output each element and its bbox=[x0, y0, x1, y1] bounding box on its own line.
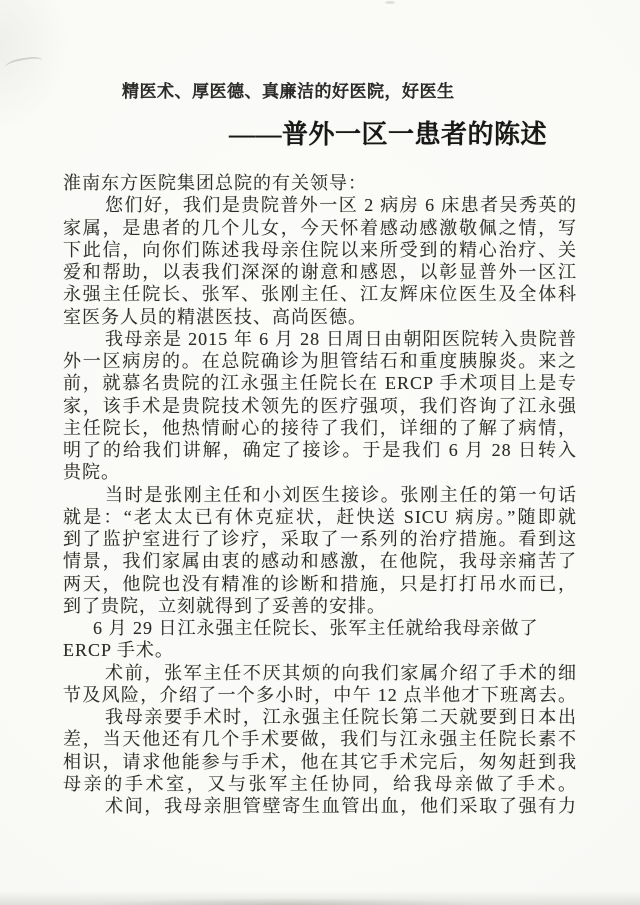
text-line: 两天，他院也没有精准的诊断和措施，只是打打吊水而已， bbox=[63, 573, 577, 595]
text-line: 差，当天他还有几个手术要做，我们与江永强主任院长素不 bbox=[63, 728, 577, 750]
text-line: 淮南东方医院集团总院的有关领导： bbox=[63, 172, 577, 194]
text-line: 家属，是患者的几个儿女，今天怀着感动感激敬佩之情，写 bbox=[63, 217, 577, 239]
text-line: 术前，张军主任不厌其烦的向我们家属介绍了手术的细 bbox=[63, 662, 577, 684]
scan-shade-corner bbox=[0, 0, 120, 150]
text-line: 相识，请求他能参与手术，他在其它手术完后，匆匆赶到我 bbox=[63, 751, 577, 773]
text-line: 爱和帮助，以表我们深深的谢意和感恩，以彰显普外一区江 bbox=[63, 261, 577, 283]
letter-slogan: 精医术、厚医德、真廉洁的好医院，好医生 bbox=[122, 77, 455, 102]
scan-smudge-bottom bbox=[0, 891, 640, 905]
text-line: 6 月 29 日江永强主任院长、张军主任就给我母亲做了 bbox=[63, 617, 577, 639]
scan-speck bbox=[385, 1, 395, 4]
text-line: 到了贵院，立刻就得到了妥善的安排。 bbox=[63, 595, 577, 617]
text-line: 外一区病房的。在总院确诊为胆管结石和重度胰腺炎。来之 bbox=[63, 350, 577, 372]
text-line: 我母亲要手术时，江永强主任院长第二天就要到日本出 bbox=[63, 706, 577, 728]
text-line: 室医务人员的精湛医技、高尚医德。 bbox=[63, 306, 577, 328]
text-line: 我母亲是 2015 年 6 月 28 日周日由朝阳医院转入贵院普 bbox=[63, 328, 577, 350]
text-line: 当时是张刚主任和小刘医生接诊。张刚主任的第一句话 bbox=[63, 484, 577, 506]
text-line: 情景，我们家属由衷的感动和感激，在他院，我母亲痛苦了 bbox=[63, 550, 577, 572]
text-line: 家，该手术是贵院技术领先的医疗强项，我们咨询了江永强 bbox=[63, 395, 577, 417]
page-title: ——普外一区一患者的陈述 bbox=[229, 114, 547, 151]
text-line: 母亲的手术室，又与张军主任协同，给我母亲做了手术。 bbox=[63, 773, 577, 795]
text-line: 节及风险，介绍了一个多小时，中午 12 点半他才下班离去。 bbox=[63, 684, 577, 706]
text-line: 您们好，我们是贵院普外一区 2 病房 6 床患者吴秀英的 bbox=[63, 194, 577, 216]
text-line: ERCP 手术。 bbox=[63, 639, 577, 661]
text-line: 永强主任院长、张军、张刚主任、江友辉床位医生及全体科 bbox=[63, 283, 577, 305]
text-line: 就是：“老太太已有休克症状，赶快送 SICU 病房。”随即就 bbox=[63, 506, 577, 528]
scanned-letter-page: 精医术、厚医德、真廉洁的好医院，好医生 ——普外一区一患者的陈述 淮南东方医院集… bbox=[0, 0, 640, 905]
text-line: 前，就慕名贵院的江永强主任院长在 ERCP 手术项目上是专 bbox=[63, 372, 577, 394]
text-line: 明了的给我们讲解，确定了接诊。于是我们 6 月 28 日转入 bbox=[63, 439, 577, 461]
letter-body: 淮南东方医院集团总院的有关领导：您们好，我们是贵院普外一区 2 病房 6 床患者… bbox=[63, 172, 577, 817]
text-line: 贵院。 bbox=[63, 461, 577, 483]
text-line: 术间，我母亲胆管壁寄生血管出血，他们采取了强有力 bbox=[63, 795, 577, 817]
text-line: 主任院长，他热情耐心的接待了我们，详细的了解了病情， bbox=[63, 417, 577, 439]
text-line: 下此信，向你们陈述我母亲住院以来所受到的精心治疗、关 bbox=[63, 239, 577, 261]
text-line: 到了监护室进行了诊疗，采取了一系列的治疗措施。看到这 bbox=[63, 528, 577, 550]
